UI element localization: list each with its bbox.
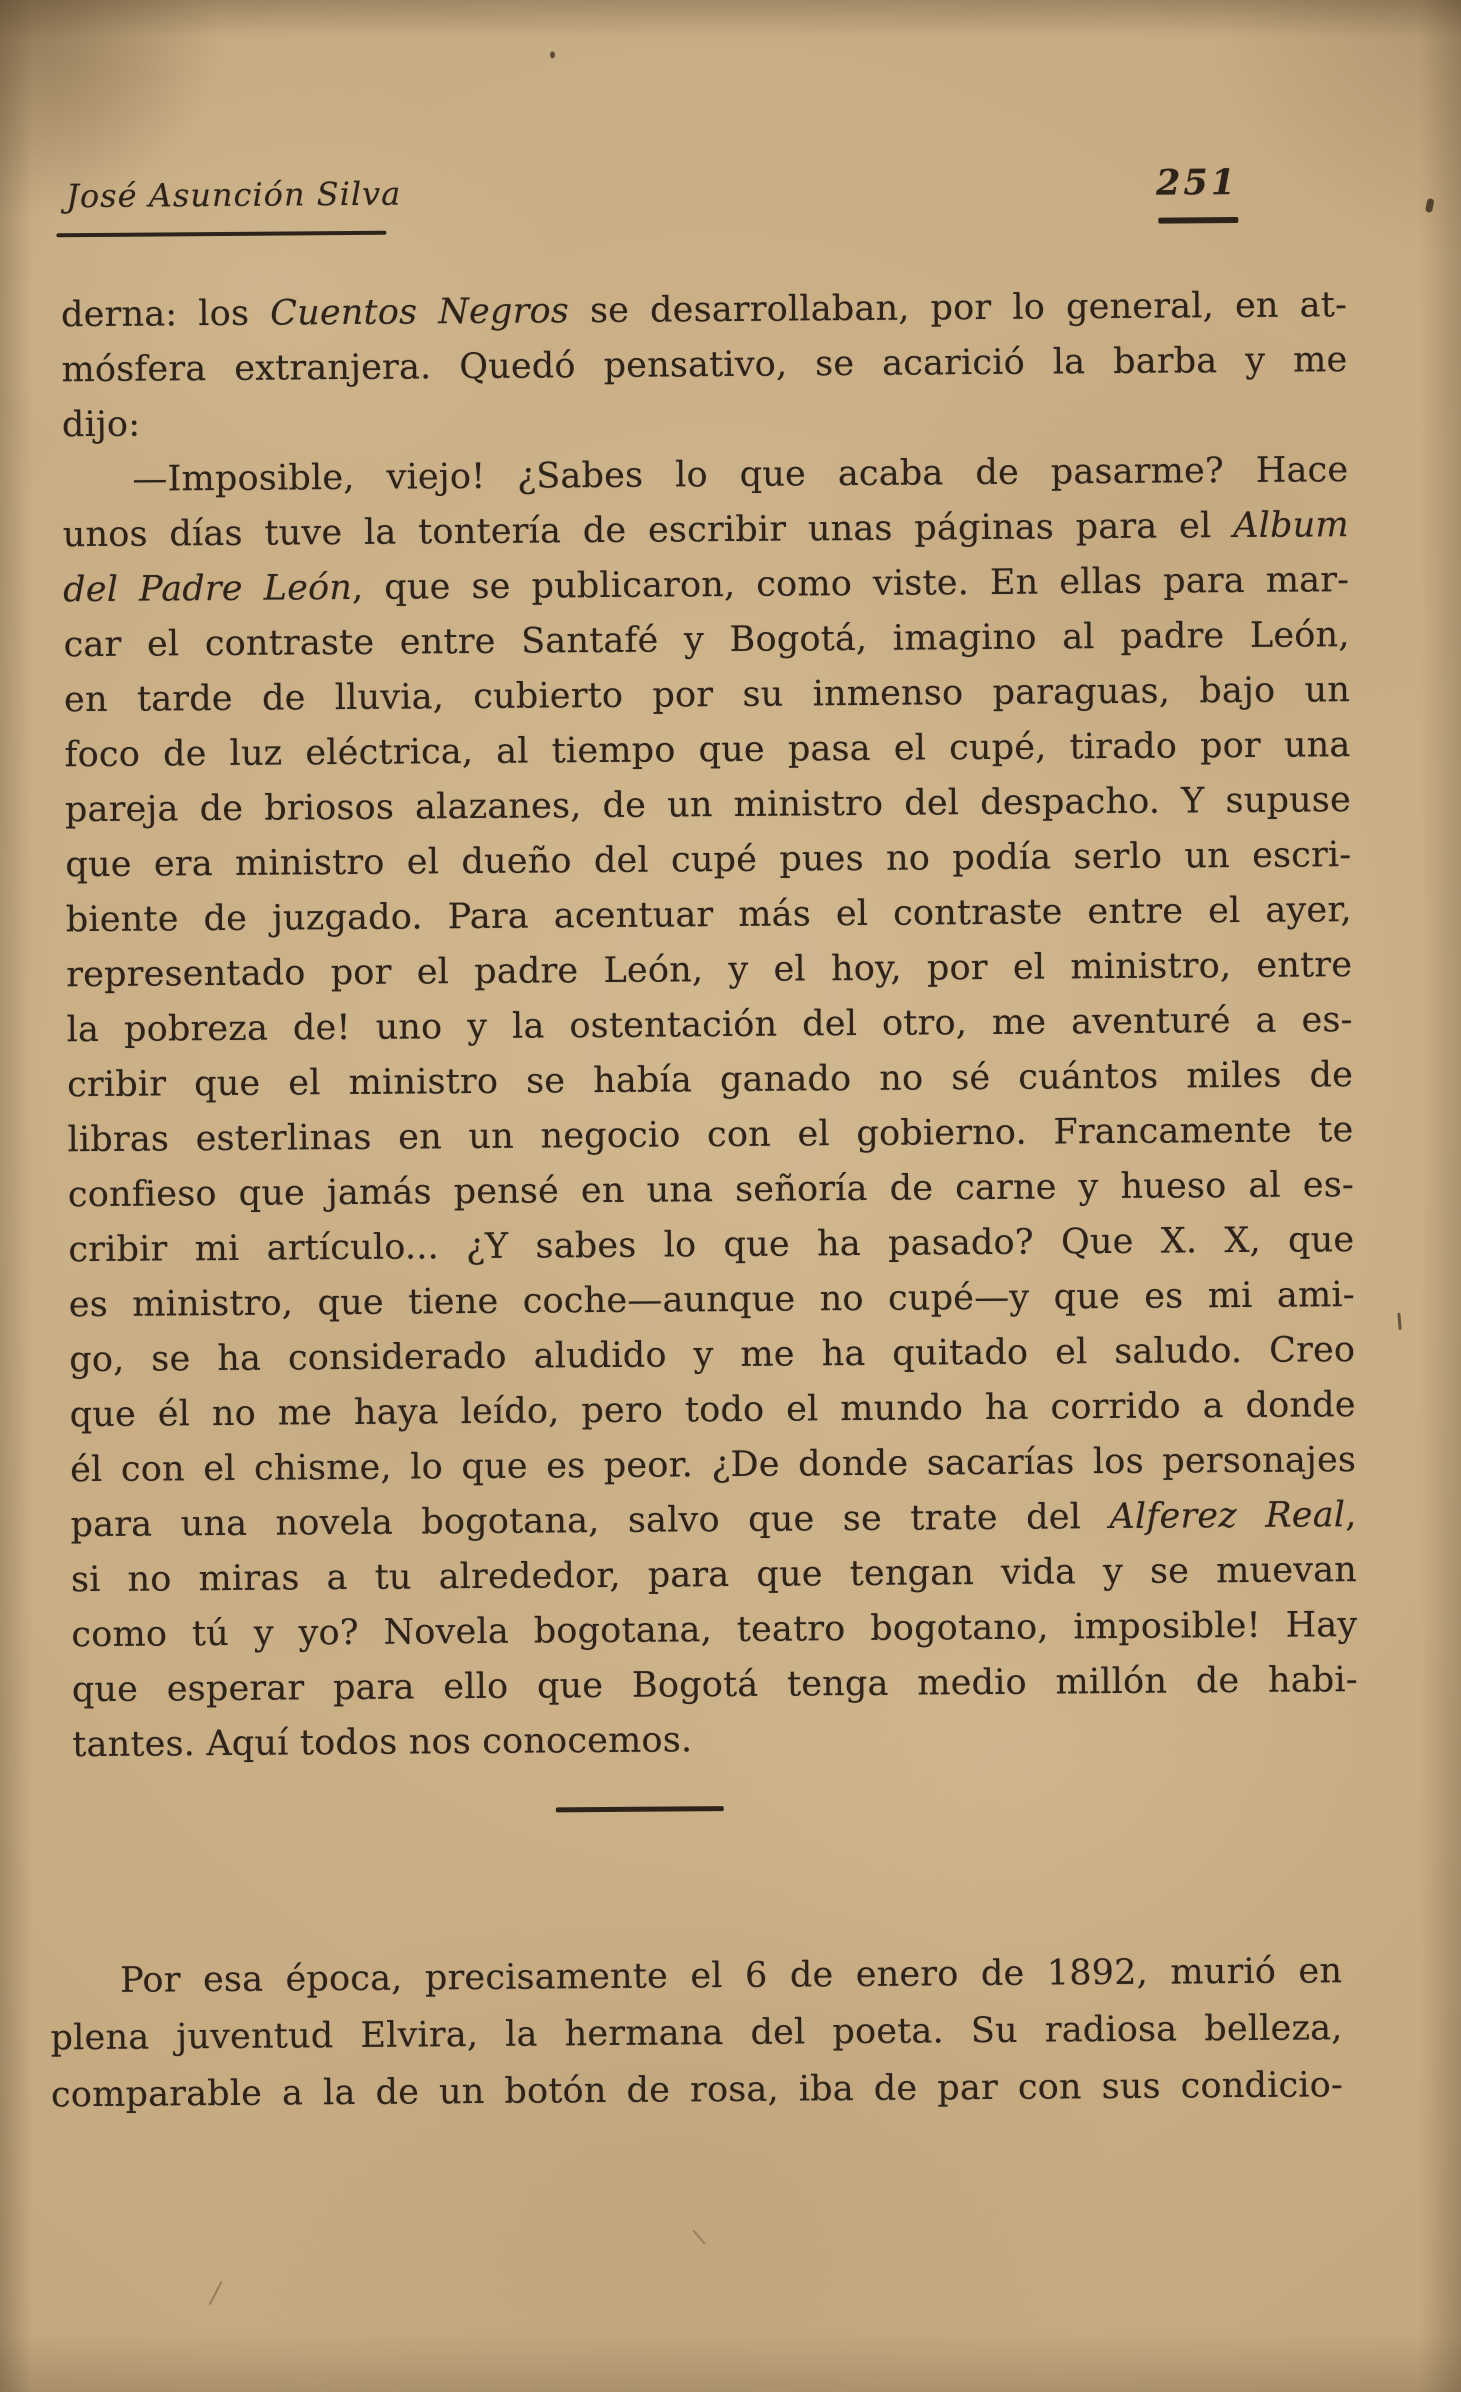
text-line: del Padre León, que se publicaron, como …: [63, 553, 1349, 618]
text-segment: comparable a la de un botón de rosa, iba…: [51, 2065, 1343, 2115]
text-line: unos días tuve la tontería de escribir u…: [63, 498, 1349, 563]
text-segment: Por esa época, precisamente el 6 de ener…: [120, 1951, 1342, 2001]
text-segment: se desarrollaban, por lo general, en at-: [569, 285, 1347, 331]
ink-speck: [1425, 198, 1435, 213]
text-segment: él con el chisme, lo que es peor. ¿De do…: [70, 1440, 1356, 1490]
text-segment: unos días tuve la tontería de escribir u…: [63, 506, 1234, 555]
text-segment: cribir que el ministro se había ganado n…: [67, 1055, 1353, 1105]
ink-speck: [550, 51, 555, 58]
text-segment: para una novela bogotana, salvo que se t…: [70, 1497, 1109, 1545]
text-segment: mósfera extranjera. Quedó pensativo, se …: [61, 340, 1347, 390]
text-line: derna: los Cuentos Negros se desarrollab…: [61, 278, 1347, 343]
text-line: confieso que jamás pensé en una señoría …: [68, 1158, 1354, 1223]
text-line: si no miras a tu alrededor, para que ten…: [71, 1543, 1357, 1608]
italic-text-segment: Cuentos Negros: [270, 291, 569, 333]
paper-fiber: [693, 2230, 706, 2245]
text-segment: si no miras a tu alrededor, para que ten…: [71, 1550, 1357, 1600]
text-line: plena juventud Elvira, la hermana del po…: [50, 2000, 1342, 2067]
text-segment: en tarde de lluvia, cubierto por su inme…: [64, 670, 1350, 720]
ink-speck: [1397, 1313, 1401, 1330]
text-line: Por esa época, precisamente el 6 de ener…: [50, 1943, 1342, 2010]
text-line: en tarde de lluvia, cubierto por su inme…: [64, 663, 1350, 728]
text-line: cribir que el ministro se había ganado n…: [67, 1048, 1353, 1113]
text-segment: pareja de briosos alazanes, de un minist…: [65, 780, 1351, 830]
text-line: que esperar para ello que Bogotá tenga m…: [72, 1653, 1358, 1718]
text-segment: como tú y yo? Novela bogotana, teatro bo…: [71, 1605, 1357, 1655]
page-content: José Asunción Silva 251 derna: los Cuent…: [0, 0, 1461, 2392]
text-segment: cribir mi artículo... ¿Y sabes lo que ha…: [68, 1220, 1354, 1270]
text-segment: que era ministro el dueño del cupé pues …: [65, 835, 1351, 885]
text-segment: go, se ha considerado aludido y me ha qu…: [69, 1330, 1355, 1380]
text-segment: , que se publicaron, como viste. En ella…: [352, 560, 1349, 608]
text-line: pareja de briosos alazanes, de un minist…: [65, 773, 1351, 838]
running-header-title: José Asunción Silva: [66, 175, 401, 216]
text-segment: libras esterlinas en un negocio con el g…: [67, 1110, 1353, 1160]
text-line: foco de luz eléctrica, al tiempo que pas…: [64, 718, 1350, 783]
text-line: mósfera extranjera. Quedó pensativo, se …: [61, 333, 1347, 398]
running-header-underline: [56, 231, 386, 238]
text-segment: derna: los: [61, 294, 270, 336]
text-line: tantes. Aquí todos nos conocemos.: [72, 1708, 1358, 1773]
text-line: es ministro, que tiene coche—aunque no c…: [69, 1268, 1355, 1333]
text-segment: plena juventud Elvira, la hermana del po…: [50, 2008, 1342, 2058]
text-line: libras esterlinas en un negocio con el g…: [67, 1103, 1353, 1168]
text-line: car el contraste entre Santafé y Bogotá,…: [63, 608, 1349, 673]
text-segment: car el contraste entre Santafé y Bogotá,…: [63, 615, 1349, 665]
book-page-scan: José Asunción Silva 251 derna: los Cuent…: [0, 0, 1461, 2392]
text-segment: biente de juzgado. Para acentuar más el …: [66, 890, 1352, 940]
text-segment: foco de luz eléctrica, al tiempo que pas…: [64, 725, 1350, 775]
text-segment: representado por el padre León, y el hoy…: [66, 945, 1352, 995]
text-segment: que él no me haya leído, pero todo el mu…: [70, 1385, 1356, 1435]
section-divider-rule: [556, 1806, 724, 1812]
text-line: biente de juzgado. Para acentuar más el …: [66, 883, 1352, 948]
text-line: que él no me haya leído, pero todo el mu…: [69, 1378, 1355, 1443]
text-line: como tú y yo? Novela bogotana, teatro bo…: [71, 1598, 1357, 1663]
text-line: dijo:: [62, 388, 1348, 453]
text-line: que era ministro el dueño del cupé pues …: [65, 828, 1351, 893]
text-line: para una novela bogotana, salvo que se t…: [70, 1488, 1356, 1553]
paragraph-block-main: derna: los Cuentos Negros se desarrollab…: [61, 278, 1359, 1773]
text-line: —Imposible, viejo! ¿Sabes lo que acaba d…: [62, 443, 1348, 508]
text-line: comparable a la de un botón de rosa, iba…: [51, 2057, 1343, 2124]
paper-fiber: [209, 2281, 223, 2305]
text-line: la pobreza de! uno y la ostentación del …: [66, 993, 1352, 1058]
text-line: él con el chisme, lo que es peor. ¿De do…: [70, 1433, 1356, 1498]
italic-text-segment: Album: [1233, 505, 1349, 546]
text-segment: la pobreza de! uno y la ostentación del …: [67, 1000, 1353, 1050]
text-line: cribir mi artículo... ¿Y sabes lo que ha…: [68, 1213, 1354, 1278]
text-segment: tantes. Aquí todos nos conocemos.: [72, 1720, 692, 1765]
text-segment: es ministro, que tiene coche—aunque no c…: [69, 1275, 1355, 1325]
italic-text-segment: del Padre León: [63, 568, 352, 610]
text-segment: dijo:: [62, 405, 141, 446]
text-line: representado por el padre León, y el hoy…: [66, 938, 1352, 1003]
page-number: 251: [1156, 162, 1238, 204]
page-number-underline: [1158, 217, 1238, 224]
text-segment: ,: [1345, 1495, 1357, 1535]
text-segment: que esperar para ello que Bogotá tenga m…: [72, 1660, 1358, 1710]
text-segment: confieso que jamás pensé en una señoría …: [68, 1165, 1354, 1215]
italic-text-segment: Alferez Real: [1109, 1495, 1345, 1537]
text-line: go, se ha considerado aludido y me ha qu…: [69, 1323, 1355, 1388]
text-segment: —Imposible, viejo! ¿Sabes lo que acaba d…: [132, 450, 1348, 500]
paragraph-block-closing: Por esa época, precisamente el 6 de ener…: [50, 1943, 1343, 2124]
